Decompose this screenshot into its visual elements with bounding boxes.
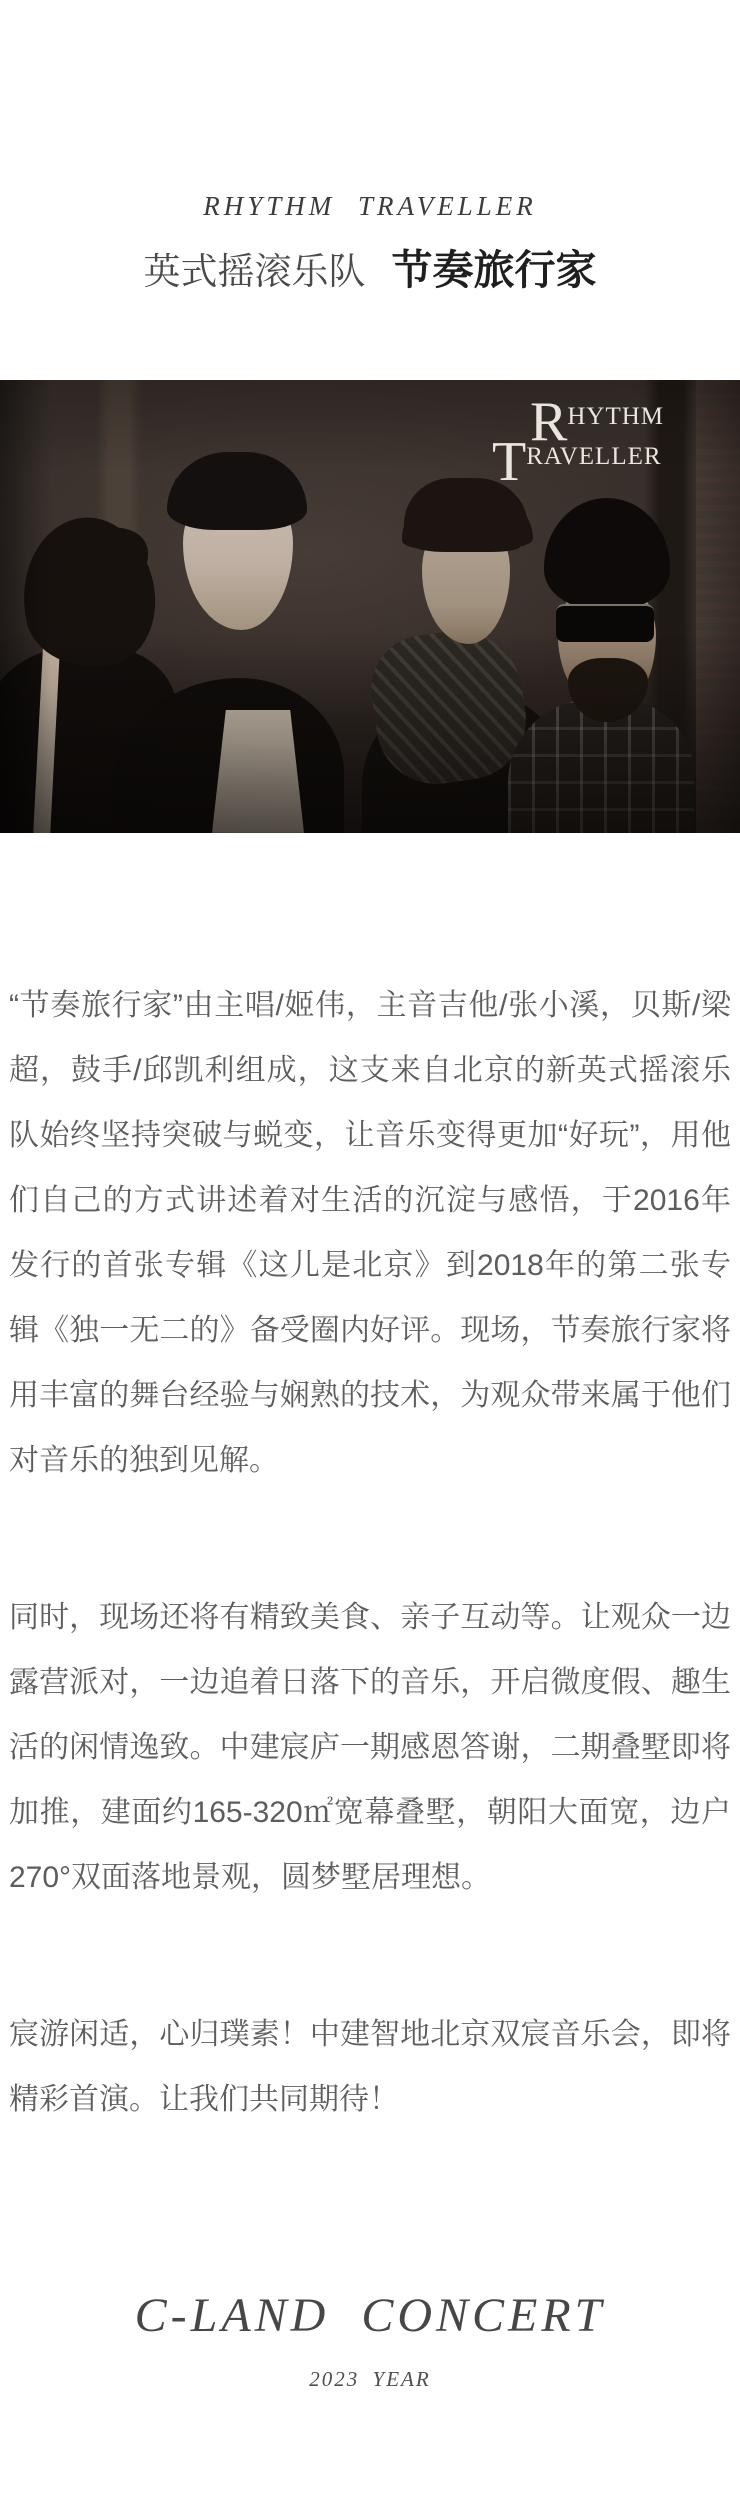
article-body: “节奏旅行家”由主唱/姬伟，主音吉他/张小溪，贝斯/梁超，鼓手/邱凯利组成，这支… [0,973,740,2132]
paragraph-band-intro: “节奏旅行家”由主唱/姬伟，主音吉他/张小溪，贝斯/梁超，鼓手/邱凯利组成，这支… [9,973,731,1493]
band-genre-label: 英式摇滚乐队 [144,252,366,293]
paragraph-event-info: 同时，现场还将有精致美食、亲子互动等。让观众一边露营派对，一边追着日落下的音乐，… [9,1585,731,1910]
band-logo-line-2: TRAVELLER [492,438,710,482]
band-photo: RHYTHM TRAVELLER [0,380,740,833]
logo-initial-t: T [492,438,526,486]
footer-year-label: 2023 YEAR [0,2369,740,2390]
band-name-english-heading: RHYTHM TRAVELLER [0,0,740,220]
footer-concert-title: C-LAND CONCERT [0,2290,740,2343]
band-name-chinese: 节奏旅行家 [392,247,597,293]
band-name-chinese-heading: 英式摇滚乐队节奏旅行家 [0,248,740,294]
band-logo: RHYTHM TRAVELLER [492,398,710,482]
paragraph-closing: 宸游闲适，心归璞素！中建智地北京双宸音乐会，即将精彩首演。让我们共同期待！ [9,2002,731,2132]
article-page: RHYTHM TRAVELLER 英式摇滚乐队节奏旅行家 RHYTHM [0,0,740,2518]
logo-text-raveller: RAVELLER [526,438,661,472]
logo-text-hythm: HYTHM [567,398,664,432]
